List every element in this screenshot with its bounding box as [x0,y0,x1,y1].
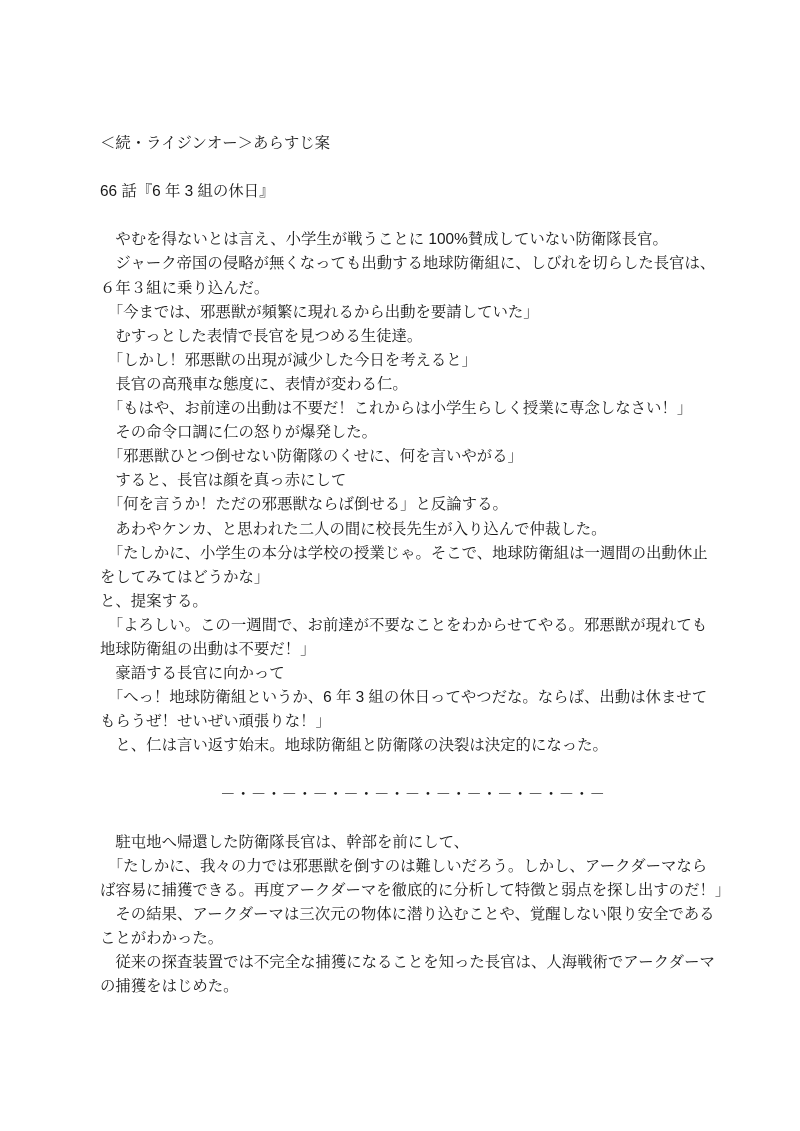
text-line: 豪語する長官に向かって [100,662,725,686]
text-line: ことがわかった。 [100,927,725,951]
text-line: 地球防衛組の出動は不要だ！」 [100,638,725,662]
document-content: ＜続・ライジンオー＞あらすじ案 66 話『6 年 3 組の休日』 やむを得ないと… [100,132,725,999]
text-line: 従来の探査装置では不完全な捕獲になることを知った長官は、人海戦術でアークダーマ [100,951,725,975]
text-line: その命令口調に仁の怒りが爆発した。 [100,421,725,445]
text-line: 「何を言うか！ただの邪悪獣ならば倒せる」と反論する。 [100,493,725,517]
document-title: ＜続・ライジンオー＞あらすじ案 [100,132,725,156]
text-line: の捕獲をはじめた。 [100,975,725,999]
text-line: と、仁は言い返す始末。地球防衛組と防衛隊の決裂は決定的になった。 [100,734,725,758]
text-line: と、提案する。 [100,590,725,614]
text-line: 「たしかに、小学生の本分は学校の授業じゃ。そこで、地球防衛組は一週間の出動休止 [100,542,725,566]
text-line: その結果、アークダーマは三次元の物体に潜り込むことや、覚醒しない限り安全である [100,903,725,927]
text-line: 「よろしい。この一週間で、お前達が不要なことをわからせてやる。邪悪獣が現れても [100,614,725,638]
document-page: ＜続・ライジンオー＞あらすじ案 66 話『6 年 3 組の休日』 やむを得ないと… [0,0,800,1131]
text-line: ば容易に捕獲できる。再度アークダーマを徹底的に分析して特徴と弱点を探し出すのだ！… [100,879,725,903]
synopsis-section-2: 駐屯地へ帰還した防衛隊長官は、幹部を前にして、 「たしかに、我々の力では邪悪獣を… [100,831,725,1000]
text-line: 「へっ！地球防衛組というか、6 年 3 組の休日ってやつだな。ならば、出動は休ま… [100,686,725,710]
text-line: ジャーク帝国の侵略が無くなっても出動する地球防衛組に、しびれを切らした長官は、 [100,252,725,276]
text-line: 「邪悪獣ひとつ倒せない防衛隊のくせに、何を言いやがる」 [100,445,725,469]
text-line: をしてみてはどうかな」 [100,566,725,590]
section-separator: －・－・－・－・－・－・－・－・－・－・－・－・－ [100,783,725,807]
text-line: やむを得ないとは言え、小学生が戦うことに 100%賛成していない防衛隊長官。 [100,228,725,252]
text-line: 駐屯地へ帰還した防衛隊長官は、幹部を前にして、 [100,831,725,855]
text-line: 「もはや、お前達の出動は不要だ！これからは小学生らしく授業に専念しなさい！」 [100,397,725,421]
text-line: むすっとした表情で長官を見つめる生徒達。 [100,325,725,349]
text-line: 「今までは、邪悪獣が頻繁に現れるから出動を要請していた」 [100,301,725,325]
text-line: もらうぜ！せいぜい頑張りな！」 [100,710,725,734]
text-line: 「たしかに、我々の力では邪悪獣を倒すのは難しいだろう。しかし、アークダーマなら [100,855,725,879]
text-line: ６年３組に乗り込んだ。 [100,277,725,301]
text-line: 長官の高飛車な態度に、表情が変わる仁。 [100,373,725,397]
episode-heading: 66 話『6 年 3 組の休日』 [100,180,725,204]
text-line: あわやケンカ、と思われた二人の間に校長先生が入り込んで仲裁した。 [100,518,725,542]
text-line: 「しかし！邪悪獣の出現が減少した今日を考えると」 [100,349,725,373]
synopsis-section-1: やむを得ないとは言え、小学生が戦うことに 100%賛成していない防衛隊長官。 ジ… [100,228,725,758]
text-line: すると、長官は顔を真っ赤にして [100,469,725,493]
